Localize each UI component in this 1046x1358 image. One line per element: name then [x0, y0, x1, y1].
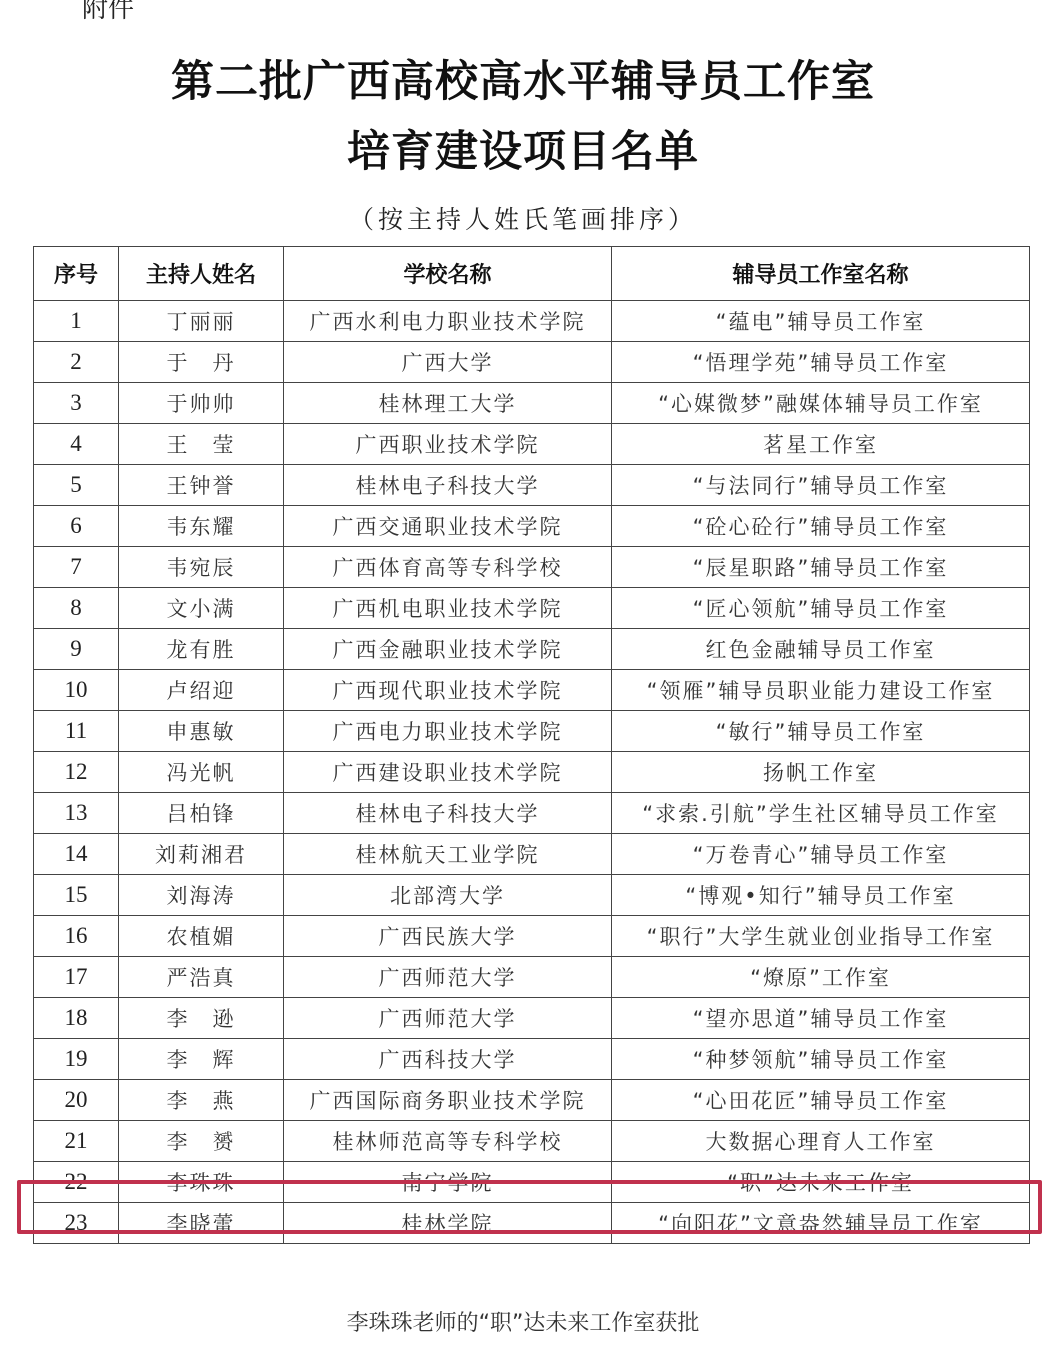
cell-school: 广西现代职业技术学院: [284, 670, 612, 711]
cell-host: 刘海涛: [119, 875, 284, 916]
cell-host: 冯光帆: [119, 752, 284, 793]
table-row: 19李 辉广西科技大学“种梦领航”辅导员工作室: [34, 1039, 1030, 1080]
cell-school: 广西国际商务职业技术学院: [284, 1080, 612, 1121]
cell-school: 南宁学院: [284, 1162, 612, 1203]
cell-host: 卢绍迎: [119, 670, 284, 711]
cell-host: 农植媚: [119, 916, 284, 957]
cell-host: 李 赟: [119, 1121, 284, 1162]
cell-host: 李 燕: [119, 1080, 284, 1121]
header-school: 学校名称: [284, 247, 612, 301]
cell-host: 申惠敏: [119, 711, 284, 752]
cell-host: 严浩真: [119, 957, 284, 998]
image-caption: 李珠珠老师的“职”达未来工作室获批: [0, 1306, 1046, 1337]
cell-no: 17: [34, 957, 119, 998]
table-row: 4王 莹广西职业技术学院茗星工作室: [34, 424, 1030, 465]
header-host: 主持人姓名: [119, 247, 284, 301]
cell-host: 李 辉: [119, 1039, 284, 1080]
table-row: 1丁丽丽广西水利电力职业技术学院“蕴电”辅导员工作室: [34, 301, 1030, 342]
cell-school: 广西大学: [284, 342, 612, 383]
cell-no: 23: [34, 1203, 119, 1244]
studio-list-table: 序号 主持人姓名 学校名称 辅导员工作室名称 1丁丽丽广西水利电力职业技术学院“…: [33, 246, 1030, 1244]
cell-studio: “燎原”工作室: [612, 957, 1030, 998]
table-row: 10卢绍迎广西现代职业技术学院“领雁”辅导员职业能力建设工作室: [34, 670, 1030, 711]
cell-studio: “职行”大学生就业创业指导工作室: [612, 916, 1030, 957]
cell-no: 12: [34, 752, 119, 793]
cell-no: 14: [34, 834, 119, 875]
cell-no: 9: [34, 629, 119, 670]
cell-host: 韦东耀: [119, 506, 284, 547]
cell-school: 北部湾大学: [284, 875, 612, 916]
cell-school: 广西电力职业技术学院: [284, 711, 612, 752]
cell-host: 文小满: [119, 588, 284, 629]
table-row: 3于帅帅桂林理工大学“心媒微梦”融媒体辅导员工作室: [34, 383, 1030, 424]
cell-no: 8: [34, 588, 119, 629]
cell-studio: “与法同行”辅导员工作室: [612, 465, 1030, 506]
table-row: 22李珠珠南宁学院“职”达未来工作室: [34, 1162, 1030, 1203]
table-row: 18李 逊广西师范大学“望亦思道”辅导员工作室: [34, 998, 1030, 1039]
cell-host: 吕柏锋: [119, 793, 284, 834]
cell-studio: 红色金融辅导员工作室: [612, 629, 1030, 670]
cell-school: 广西水利电力职业技术学院: [284, 301, 612, 342]
page-title-line2: 培育建设项目名单: [0, 118, 1046, 179]
table-row: 13吕柏锋桂林电子科技大学“求索.引航”学生社区辅导员工作室: [34, 793, 1030, 834]
cell-studio: “悟理学苑”辅导员工作室: [612, 342, 1030, 383]
table-row: 2于 丹广西大学“悟理学苑”辅导员工作室: [34, 342, 1030, 383]
cell-host: 李 逊: [119, 998, 284, 1039]
cell-no: 21: [34, 1121, 119, 1162]
cell-school: 广西师范大学: [284, 998, 612, 1039]
cell-school: 桂林师范高等专科学校: [284, 1121, 612, 1162]
cell-school: 广西交通职业技术学院: [284, 506, 612, 547]
cell-school: 桂林学院: [284, 1203, 612, 1244]
table-row: 9龙有胜广西金融职业技术学院红色金融辅导员工作室: [34, 629, 1030, 670]
cell-no: 3: [34, 383, 119, 424]
table-row: 6韦东耀广西交通职业技术学院“砼心砼行”辅导员工作室: [34, 506, 1030, 547]
cell-studio: “心媒微梦”融媒体辅导员工作室: [612, 383, 1030, 424]
table-row: 16农植媚广西民族大学“职行”大学生就业创业指导工作室: [34, 916, 1030, 957]
cell-host: 丁丽丽: [119, 301, 284, 342]
cell-studio: “蕴电”辅导员工作室: [612, 301, 1030, 342]
cell-no: 15: [34, 875, 119, 916]
table-row: 7韦宛辰广西体育高等专科学校“辰星职路”辅导员工作室: [34, 547, 1030, 588]
cell-host: 龙有胜: [119, 629, 284, 670]
cell-no: 1: [34, 301, 119, 342]
cell-host: 刘莉湘君: [119, 834, 284, 875]
sort-order-note: （按主持人姓氏笔画排序）: [0, 200, 1046, 236]
cell-studio: “向阳花”文意盎然辅导员工作室: [612, 1203, 1030, 1244]
table-header-row: 序号 主持人姓名 学校名称 辅导员工作室名称: [34, 247, 1030, 301]
cell-host: 于 丹: [119, 342, 284, 383]
table-row: 8文小满广西机电职业技术学院“匠心领航”辅导员工作室: [34, 588, 1030, 629]
cell-school: 广西机电职业技术学院: [284, 588, 612, 629]
page-title-line1: 第二批广西高校高水平辅导员工作室: [0, 48, 1046, 109]
cell-studio: “砼心砼行”辅导员工作室: [612, 506, 1030, 547]
cell-no: 13: [34, 793, 119, 834]
attachment-label: 附件: [82, 0, 134, 25]
cell-school: 桂林理工大学: [284, 383, 612, 424]
cell-school: 桂林航天工业学院: [284, 834, 612, 875]
table-row: 12冯光帆广西建设职业技术学院扬帆工作室: [34, 752, 1030, 793]
cell-school: 广西师范大学: [284, 957, 612, 998]
cell-no: 5: [34, 465, 119, 506]
header-no: 序号: [34, 247, 119, 301]
cell-no: 18: [34, 998, 119, 1039]
cell-no: 19: [34, 1039, 119, 1080]
cell-no: 7: [34, 547, 119, 588]
cell-studio: “辰星职路”辅导员工作室: [612, 547, 1030, 588]
table-row: 21李 赟桂林师范高等专科学校大数据心理育人工作室: [34, 1121, 1030, 1162]
cell-school: 桂林电子科技大学: [284, 793, 612, 834]
cell-studio: “心田花匠”辅导员工作室: [612, 1080, 1030, 1121]
cell-studio: “领雁”辅导员职业能力建设工作室: [612, 670, 1030, 711]
cell-studio: 茗星工作室: [612, 424, 1030, 465]
table-row: 15刘海涛北部湾大学“博观•知行”辅导员工作室: [34, 875, 1030, 916]
cell-school: 广西民族大学: [284, 916, 612, 957]
cell-studio: “求索.引航”学生社区辅导员工作室: [612, 793, 1030, 834]
cell-studio: “种梦领航”辅导员工作室: [612, 1039, 1030, 1080]
cell-studio: “匠心领航”辅导员工作室: [612, 588, 1030, 629]
cell-no: 16: [34, 916, 119, 957]
cell-host: 于帅帅: [119, 383, 284, 424]
cell-studio: “万卷青心”辅导员工作室: [612, 834, 1030, 875]
cell-school: 广西职业技术学院: [284, 424, 612, 465]
cell-school: 广西金融职业技术学院: [284, 629, 612, 670]
cell-school: 广西体育高等专科学校: [284, 547, 612, 588]
table-row: 14刘莉湘君桂林航天工业学院“万卷青心”辅导员工作室: [34, 834, 1030, 875]
cell-school: 广西科技大学: [284, 1039, 612, 1080]
cell-host: 李晓蕾: [119, 1203, 284, 1244]
cell-school: 广西建设职业技术学院: [284, 752, 612, 793]
table-row: 11申惠敏广西电力职业技术学院“敏行”辅导员工作室: [34, 711, 1030, 752]
cell-no: 10: [34, 670, 119, 711]
cell-studio: “望亦思道”辅导员工作室: [612, 998, 1030, 1039]
cell-host: 李珠珠: [119, 1162, 284, 1203]
cell-no: 11: [34, 711, 119, 752]
cell-studio: 大数据心理育人工作室: [612, 1121, 1030, 1162]
cell-studio: 扬帆工作室: [612, 752, 1030, 793]
cell-studio: “职”达未来工作室: [612, 1162, 1030, 1203]
header-studio: 辅导员工作室名称: [612, 247, 1030, 301]
table-row: 20李 燕广西国际商务职业技术学院“心田花匠”辅导员工作室: [34, 1080, 1030, 1121]
table-row: 17严浩真广西师范大学“燎原”工作室: [34, 957, 1030, 998]
cell-no: 4: [34, 424, 119, 465]
cell-no: 6: [34, 506, 119, 547]
cell-no: 20: [34, 1080, 119, 1121]
table-row: 23李晓蕾桂林学院“向阳花”文意盎然辅导员工作室: [34, 1203, 1030, 1244]
cell-studio: “敏行”辅导员工作室: [612, 711, 1030, 752]
cell-host: 王钟誉: [119, 465, 284, 506]
cell-school: 桂林电子科技大学: [284, 465, 612, 506]
cell-no: 2: [34, 342, 119, 383]
cell-studio: “博观•知行”辅导员工作室: [612, 875, 1030, 916]
cell-no: 22: [34, 1162, 119, 1203]
cell-host: 王 莹: [119, 424, 284, 465]
cell-host: 韦宛辰: [119, 547, 284, 588]
table-row: 5王钟誉桂林电子科技大学“与法同行”辅导员工作室: [34, 465, 1030, 506]
